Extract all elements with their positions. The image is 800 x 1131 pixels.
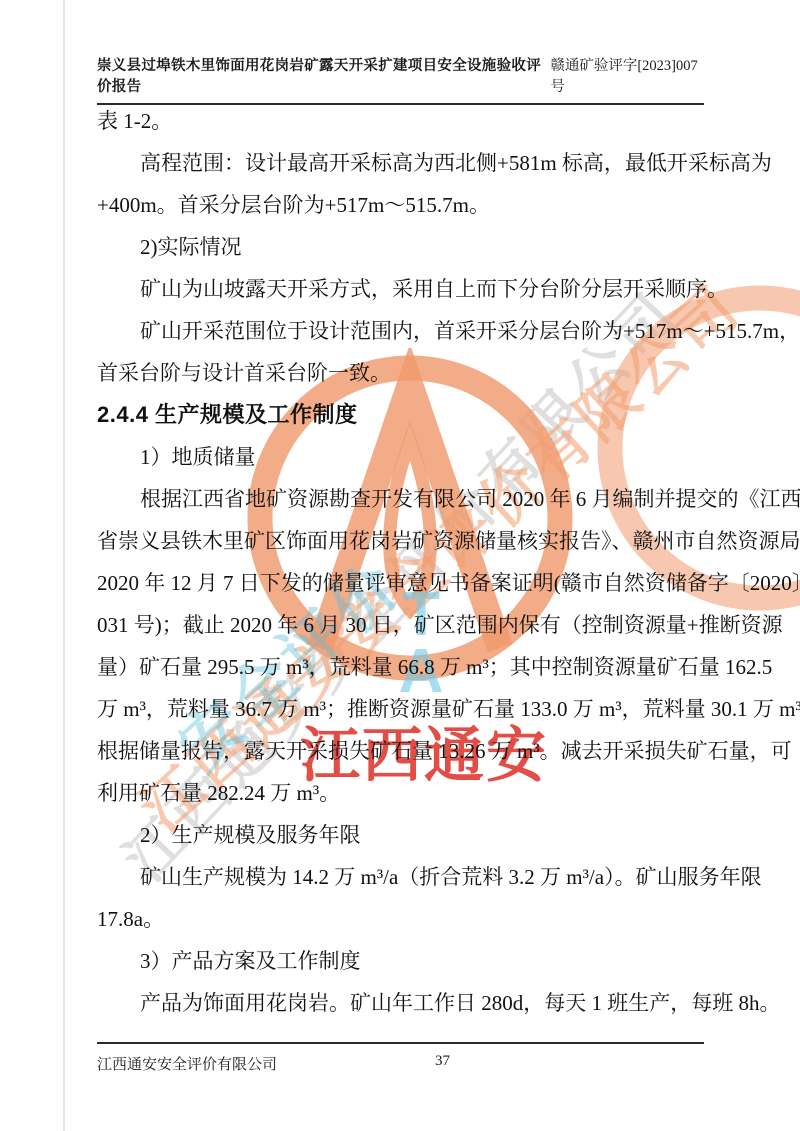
body-line: 3）产品方案及工作制度: [97, 940, 707, 982]
body-line: 031 号)；截止 2020 年 6 月 30 日，矿区范围内保有（控制资源量+…: [97, 604, 707, 646]
body-line: 根据江西省地矿资源勘查开发有限公司 2020 年 6 月编制并提交的《江西: [97, 478, 707, 520]
body-line: 首采台阶与设计首采台阶一致。: [97, 352, 707, 394]
body-line: 矿山生产规模为 14.2 万 m³/a（折合荒料 3.2 万 m³/a）。矿山服…: [97, 856, 707, 898]
body-line: 17.8a。: [97, 898, 707, 940]
body-line: 量）矿石量 295.5 万 m³，荒料量 66.8 万 m³；其中控制资源量矿石…: [97, 646, 707, 688]
body-line: 利用矿石量 282.24 万 m³。: [97, 772, 707, 814]
body-line: +400m。首采分层台阶为+517m～515.7m。: [97, 184, 707, 226]
document-body: 表 1-2。 高程范围：设计最高开采标高为西北侧+581m 标高，最低开采标高为…: [97, 100, 707, 1024]
page-footer: 江西通安安全评价有限公司 37: [97, 1042, 704, 1083]
scan-edge-line: [63, 0, 65, 1131]
body-line: 省崇义县铁木里矿区饰面用花岗岩矿资源储量核实报告》、赣州市自然资源局: [97, 520, 707, 562]
body-line: 万 m³，荒料量 36.7 万 m³；推断资源量矿石量 133.0 万 m³，荒…: [97, 688, 707, 730]
body-line: 产品为饰面用花岗岩。矿山年工作日 280d，每天 1 班生产，每班 8h。: [97, 982, 707, 1024]
body-line: 矿山为山坡露天开采方式，采用自上而下分台阶分层开采顺序。: [97, 268, 707, 310]
body-line: 1）地质储量: [97, 436, 707, 478]
footer-page-number: 37: [435, 1053, 450, 1070]
header-doc-number: 赣通矿验评字[2023]007 号: [550, 54, 704, 96]
body-line: 根据储量报告，露天开采损失矿石量 13.26 万 m³。减去开采损失矿石量，可: [97, 730, 707, 772]
body-line: 2)实际情况: [97, 226, 707, 268]
footer-company-name: 江西通安安全评价有限公司: [97, 1053, 277, 1074]
report-page: 江西通安安全评价有限公司 江西通安安全评价有限公司 安全评价 T A 江西通安 …: [0, 0, 800, 1131]
body-line: 表 1-2。: [97, 100, 707, 142]
page-header: 崇义县过埠铁木里饰面用花岗岩矿露天开采扩建项目安全设施验收评价报告 赣通矿验评字…: [97, 54, 704, 105]
body-line: 高程范围：设计最高开采标高为西北侧+581m 标高，最低开采标高为: [97, 142, 707, 184]
header-report-title: 崇义县过埠铁木里饰面用花岗岩矿露天开采扩建项目安全设施验收评价报告: [97, 54, 550, 96]
body-line: 矿山开采范围位于设计范围内，首采开采分层台阶为+517m～+515.7m，: [97, 310, 707, 352]
section-heading: 2.4.4 生产规模及工作制度: [97, 394, 707, 436]
body-line: 2）生产规模及服务年限: [97, 814, 707, 856]
body-line: 2020 年 12 月 7 日下发的储量评审意见书备案证明(赣市自然资储备字〔2…: [97, 562, 707, 604]
